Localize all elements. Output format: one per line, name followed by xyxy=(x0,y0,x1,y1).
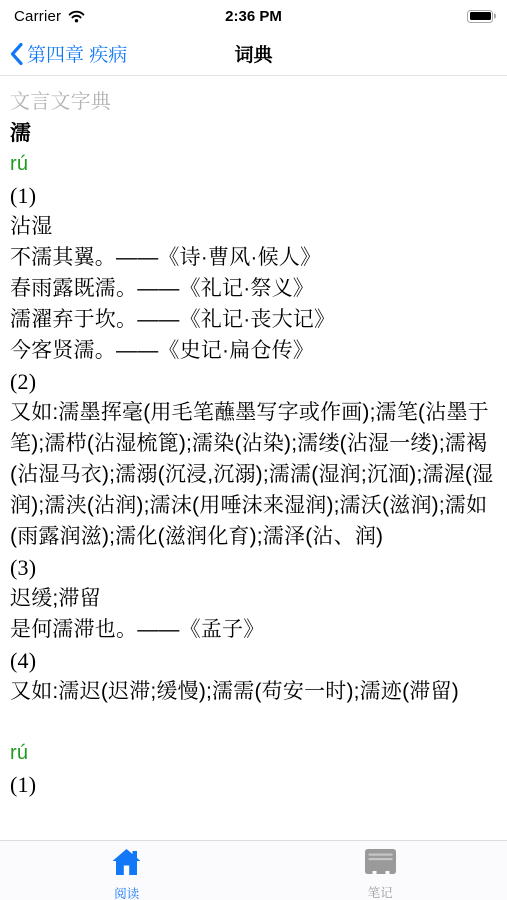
entry-line: 不濡其翼。——《诗·曹风·候人》 xyxy=(10,242,497,273)
entry-line: 又如:濡墨挥毫(用毛笔蘸墨写字或作画);濡笔(沾墨于笔);濡栉(沾湿梳篦);濡染… xyxy=(10,397,497,552)
battery-icon xyxy=(467,10,493,23)
tab-reading[interactable]: 阅读 xyxy=(0,841,254,900)
carrier-label: Carrier xyxy=(14,8,61,25)
status-bar: Carrier 2:36 PM xyxy=(0,0,507,32)
entry-line: (1) xyxy=(10,180,497,211)
entry-line: 今客贤濡。——《史记·扁仓传》 xyxy=(10,335,497,366)
nav-bar: 第四章 疾病 词典 xyxy=(0,32,507,76)
entry-line: 春雨露既濡。——《礼记·祭义》 xyxy=(10,273,497,304)
entry-line: (1) xyxy=(10,769,497,800)
dictionary-entry: 文言文字典濡rú(1)沾湿不濡其翼。——《诗·曹风·候人》春雨露既濡。——《礼记… xyxy=(0,76,507,800)
entry-line: rú xyxy=(10,738,497,769)
back-button[interactable]: 第四章 疾病 xyxy=(10,40,127,67)
entry-line: 濡濯弃于坎。——《礼记·丧大记》 xyxy=(10,304,497,335)
entry-line: 迟缓;滞留 xyxy=(10,583,497,614)
back-label: 第四章 疾病 xyxy=(27,40,127,67)
entry-line xyxy=(10,707,497,738)
entry-line: (2) xyxy=(10,366,497,397)
wifi-icon xyxy=(68,10,85,23)
tab-bar: 阅读 笔记 xyxy=(0,840,507,900)
entry-line: 沾湿 xyxy=(10,211,497,242)
entry-line: (3) xyxy=(10,552,497,583)
entry-lines: 文言文字典濡rú(1)沾湿不濡其翼。——《诗·曹风·候人》春雨露既濡。——《礼记… xyxy=(10,87,497,800)
tab-notes-label: 笔记 xyxy=(368,883,393,900)
home-icon xyxy=(111,848,142,881)
app-screen: Carrier 2:36 PM 第四章 疾病 词典 xyxy=(0,0,507,900)
tab-notes[interactable]: 笔记 xyxy=(254,841,507,900)
back-chevron-icon xyxy=(10,43,23,65)
entry-line: (4) xyxy=(10,645,497,676)
entry-line: 又如:濡迟(迟滞;缓慢);濡需(苟安一时);濡迹(滞留) xyxy=(10,676,497,707)
entry-line: 是何濡滞也。——《孟子》 xyxy=(10,614,497,645)
entry-line: 文言文字典 xyxy=(10,87,497,118)
tab-reading-label: 阅读 xyxy=(114,884,139,900)
entry-line: rú xyxy=(10,149,497,180)
entry-line: 濡 xyxy=(10,118,497,149)
note-icon xyxy=(364,848,397,880)
